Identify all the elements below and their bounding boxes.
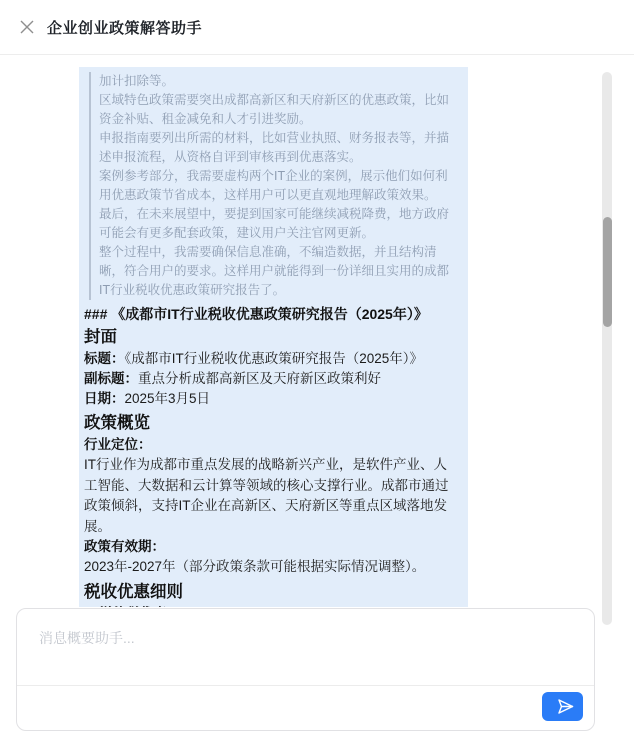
- report-line: 政策概览: [84, 412, 456, 435]
- report-line-text: 重点分析成都高新区及天府新区政策利好: [138, 371, 381, 386]
- composer-divider: [17, 685, 594, 686]
- report-line: 2023年-2027年（部分政策条款可能根据实际情况调整）。: [84, 557, 456, 578]
- report-line: 封面: [84, 326, 456, 349]
- report-line-bold: 副标题：: [84, 371, 138, 386]
- report-line-bold: 税收优惠细则: [84, 583, 183, 601]
- report-line-bold: ### 《成都市IT行业税收优惠政策研究报告（2025年）》: [84, 306, 428, 322]
- report-line: 税收优惠细则: [84, 581, 456, 604]
- report-line: IT行业作为成都市重点发展的战略新兴产业，是软件产业、人工智能、大数据和云计算等…: [84, 455, 456, 537]
- assistant-panel: 企业创业政策解答助手 加计扣除等。 区域特色政策需要突出成都高新区和天府新区的优…: [0, 0, 634, 755]
- report-line-text: IT行业作为成都市重点发展的战略新兴产业，是软件产业、人工智能、大数据和云计算等…: [84, 457, 449, 534]
- send-icon: [550, 694, 574, 718]
- report-line-text: 2025年3月5日: [125, 391, 211, 406]
- report-line: 1. 增值税优惠: [84, 604, 456, 608]
- report-line-bold: 封面: [84, 328, 117, 346]
- composer: [16, 608, 595, 731]
- thinking-line: 案例参考部分，我需要虚构两个IT企业的案例，展示他们如何利用优惠政策节省成本，这…: [99, 167, 456, 205]
- thinking-line: 整个过程中，我需要确保信息准确，不编造数据，并且结构清晰，符合用户的要求。这样用…: [99, 243, 456, 300]
- close-icon: [19, 19, 35, 35]
- report-content: ### 《成都市IT行业税收优惠政策研究报告（2025年）》 封面 标题：《成都…: [83, 306, 456, 607]
- report-line: 日期：2025年3月5日: [84, 389, 456, 409]
- report-line: 副标题：重点分析成都高新区及天府新区政策利好: [84, 369, 456, 389]
- panel-header: 企业创业政策解答助手: [0, 0, 634, 55]
- report-line-bold: 行业定位：: [84, 437, 152, 452]
- report-line-bold: 日期：: [84, 391, 125, 406]
- report-line-text: 《成都市IT行业税收优惠政策研究报告（2025年）》: [125, 351, 424, 366]
- thinking-line: 申报指南要列出所需的材料，比如营业执照、财务报表等，并描述申报流程，从资格自评到…: [99, 129, 456, 167]
- report-line: 标题：《成都市IT行业税收优惠政策研究报告（2025年）》: [84, 349, 456, 369]
- message-input[interactable]: [17, 609, 594, 684]
- thinking-quote: 加计扣除等。 区域特色政策需要突出成都高新区和天府新区的优惠政策，比如资金补贴、…: [89, 72, 456, 300]
- scrollbar-track[interactable]: [602, 72, 612, 625]
- report-line: ### 《成都市IT行业税收优惠政策研究报告（2025年）》: [84, 306, 456, 323]
- thinking-line: 区域特色政策需要突出成都高新区和天府新区的优惠政策，比如资金补贴、租金减免和人才…: [99, 91, 456, 129]
- report-line: 行业定位：: [84, 435, 456, 455]
- report-line-bold: 政策概览: [84, 414, 150, 432]
- close-button[interactable]: [17, 17, 37, 37]
- report-line-bold: 政策有效期：: [84, 539, 165, 554]
- panel-title: 企业创业政策解答助手: [47, 17, 202, 38]
- send-button[interactable]: [542, 692, 583, 721]
- report-line-bold: 标题：: [84, 351, 125, 366]
- assistant-message: 加计扣除等。 区域特色政策需要突出成都高新区和天府新区的优惠政策，比如资金补贴、…: [79, 67, 468, 607]
- report-line: 政策有效期：: [84, 537, 456, 557]
- report-line-text: 2023年-2027年（部分政策条款可能根据实际情况调整）。: [84, 559, 425, 574]
- thinking-line: 最后，在未来展望中，要提到国家可能继续减税降费，地方政府可能会有更多配套政策，建…: [99, 205, 456, 243]
- scrollbar-thumb[interactable]: [603, 217, 612, 327]
- report-line-bold: 1. 增值税优惠: [84, 606, 167, 608]
- thinking-line: 加计扣除等。: [99, 72, 456, 91]
